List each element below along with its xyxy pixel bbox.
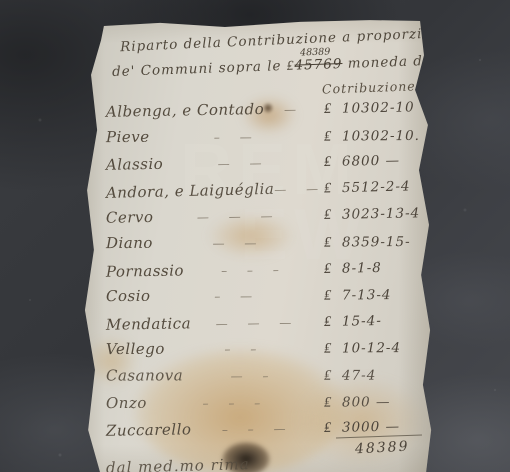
lira-sign: ₤: [324, 260, 342, 277]
list-item: Pornassio– – –₤8-1-8: [106, 257, 424, 289]
amount: 800 —: [342, 393, 424, 410]
town-name: Pornassio: [106, 261, 184, 280]
contribution-list: Albenga, e Contado—₤10302-10 Pieve– —₤10…: [106, 100, 424, 446]
dash-leader: – —: [150, 289, 324, 304]
bottom-partial-line: dal med.mo rima: [106, 455, 250, 472]
dash-leader: — –: [183, 369, 324, 383]
list-item: Cosio– —₤7-13-4: [106, 285, 424, 314]
manuscript-paper: Riparto della Contribuzione a proporzion…: [76, 16, 434, 472]
dash-leader: – – —: [191, 421, 324, 437]
amount: 15-4-: [342, 312, 424, 329]
lira-sign: ₤: [324, 341, 342, 358]
lira-sign: ₤: [324, 394, 342, 411]
amount: 5512-2-4: [342, 178, 424, 196]
list-item: Albenga, e Contado—₤10302-10: [106, 97, 424, 129]
title-line2-suffix: moneda di d.a: [342, 52, 458, 72]
amount: 3023-13-4: [342, 206, 424, 223]
town-name: Albenga, e Contado: [106, 100, 265, 121]
dash-leader: – —: [150, 129, 324, 144]
lira-sign: ₤: [324, 154, 342, 171]
town-name: Diano: [106, 234, 153, 252]
town-name: Pieve: [106, 127, 150, 145]
dash-leader: – –: [165, 342, 324, 357]
amount: 8-1-8: [342, 259, 424, 276]
lira-sign: ₤: [324, 288, 342, 305]
town-name: Vellego: [106, 340, 165, 358]
lira-sign: ₤: [324, 180, 342, 197]
amount: 7-13-4: [342, 287, 424, 304]
lira-sign: ₤: [324, 207, 342, 224]
lira-sign: ₤: [324, 368, 342, 385]
town-name: Andora, e Laiguéglia: [106, 180, 275, 202]
struck-amount: 4576948389: [294, 56, 342, 74]
list-item: Onzo– – –₤800 —: [106, 391, 424, 420]
lira-sign: ₤: [324, 420, 342, 437]
amount: 10302-10.: [342, 127, 424, 144]
town-name: Alassio: [106, 155, 164, 174]
dash-leader: — —: [163, 155, 324, 172]
list-item: Cervo— — —₤3023-13-4: [106, 204, 424, 236]
amount: 10302-10: [342, 99, 424, 116]
town-name: Casanova: [106, 366, 183, 384]
amount: 3000 —: [342, 418, 424, 435]
town-name: Onzo: [106, 393, 147, 411]
lira-sign: ₤: [324, 234, 342, 251]
dash-leader: – – –: [184, 262, 324, 278]
town-name: Cervo: [106, 208, 154, 227]
dash-leader: — — —: [153, 208, 324, 225]
photo-of-manuscript: Riparto della Contribuzione a proporzion…: [0, 0, 510, 472]
total-amount: 48389: [355, 439, 410, 458]
list-item: Vellego– –₤10-12-4: [106, 338, 424, 367]
list-item: Pieve– —₤10302-10.: [106, 125, 424, 154]
amount: 47-4: [342, 367, 424, 383]
dash-leader: — —: [153, 236, 324, 251]
dash-leader: — —: [274, 181, 324, 196]
corrected-amount: 48389: [300, 46, 331, 58]
amount: 6800 —: [342, 152, 424, 169]
lira-sign: ₤: [324, 128, 342, 145]
dash-leader: — — —: [191, 315, 324, 331]
list-item: Casanova— –₤47-4: [106, 365, 424, 393]
amount: 8359-15-: [342, 234, 424, 251]
dash-leader: – – –: [147, 395, 324, 410]
town-name: Mendatica: [106, 314, 191, 333]
amount: 10-12-4: [342, 340, 424, 357]
lira-sign: ₤: [324, 313, 342, 330]
dash-leader: —: [264, 102, 324, 117]
town-name: Cosio: [106, 287, 151, 305]
town-name: Zuccarello: [106, 420, 192, 439]
list-item: Diano— —₤8359-15-: [106, 232, 424, 261]
lira-sign: ₤: [324, 101, 342, 118]
